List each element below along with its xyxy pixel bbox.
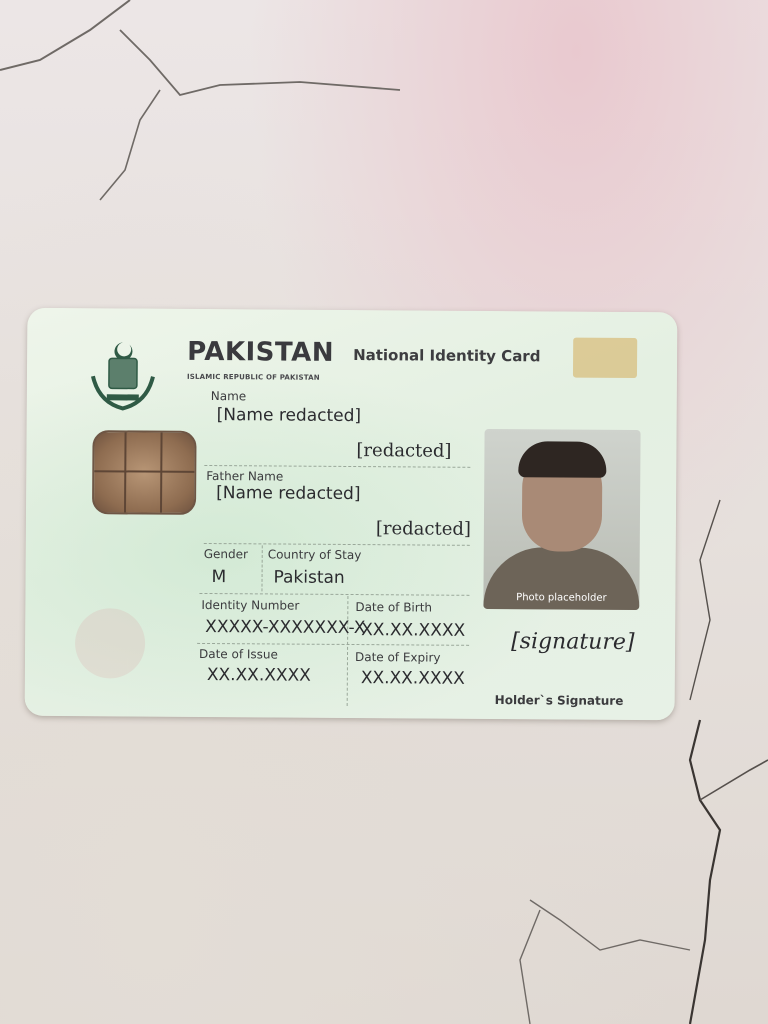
date-of-expiry-value: XX.XX.XXXX bbox=[361, 668, 465, 689]
state-emblem-icon bbox=[85, 336, 162, 413]
country-title: PAKISTAN bbox=[187, 337, 334, 368]
card-type-title: National Identity Card bbox=[353, 346, 541, 365]
date-of-birth-label: Date of Birth bbox=[355, 600, 432, 615]
holder-signature-label: Holder`s Signature bbox=[495, 693, 624, 708]
identity-number-label: Identity Number bbox=[201, 598, 299, 613]
country-subtitle: ISLAMIC REPUBLIC OF PAKISTAN bbox=[187, 373, 320, 382]
country-of-stay-label: Country of Stay bbox=[268, 547, 362, 562]
gender-value: M bbox=[211, 567, 226, 587]
photo-placeholder-note: Photo placeholder bbox=[483, 592, 639, 604]
identity-number-value: XXXXX-XXXXXXX-X bbox=[205, 617, 365, 638]
identity-card: PAKISTAN ISLAMIC REPUBLIC OF PAKISTAN Na… bbox=[25, 308, 678, 721]
date-of-issue-label: Date of Issue bbox=[199, 647, 278, 662]
date-of-issue-value: XX.XX.XXXX bbox=[207, 665, 311, 686]
smart-chip-icon bbox=[92, 430, 197, 515]
flag-icon bbox=[573, 338, 637, 378]
name-urdu: [redacted] bbox=[356, 440, 451, 462]
date-of-birth-value: XX.XX.XXXX bbox=[361, 620, 465, 641]
name-label: Name bbox=[211, 389, 247, 403]
holder-photo: Photo placeholder bbox=[483, 429, 640, 610]
date-of-expiry-label: Date of Expiry bbox=[355, 650, 441, 665]
holder-signature: [signature] bbox=[511, 629, 635, 655]
gender-label: Gender bbox=[204, 547, 248, 561]
card-hologram bbox=[75, 608, 145, 678]
father-name-urdu: [redacted] bbox=[376, 518, 471, 540]
country-of-stay-value: Pakistan bbox=[273, 567, 344, 587]
father-name-value: [Name redacted] bbox=[216, 483, 361, 504]
name-value: [Name redacted] bbox=[217, 405, 362, 426]
father-name-label: Father Name bbox=[206, 469, 283, 484]
